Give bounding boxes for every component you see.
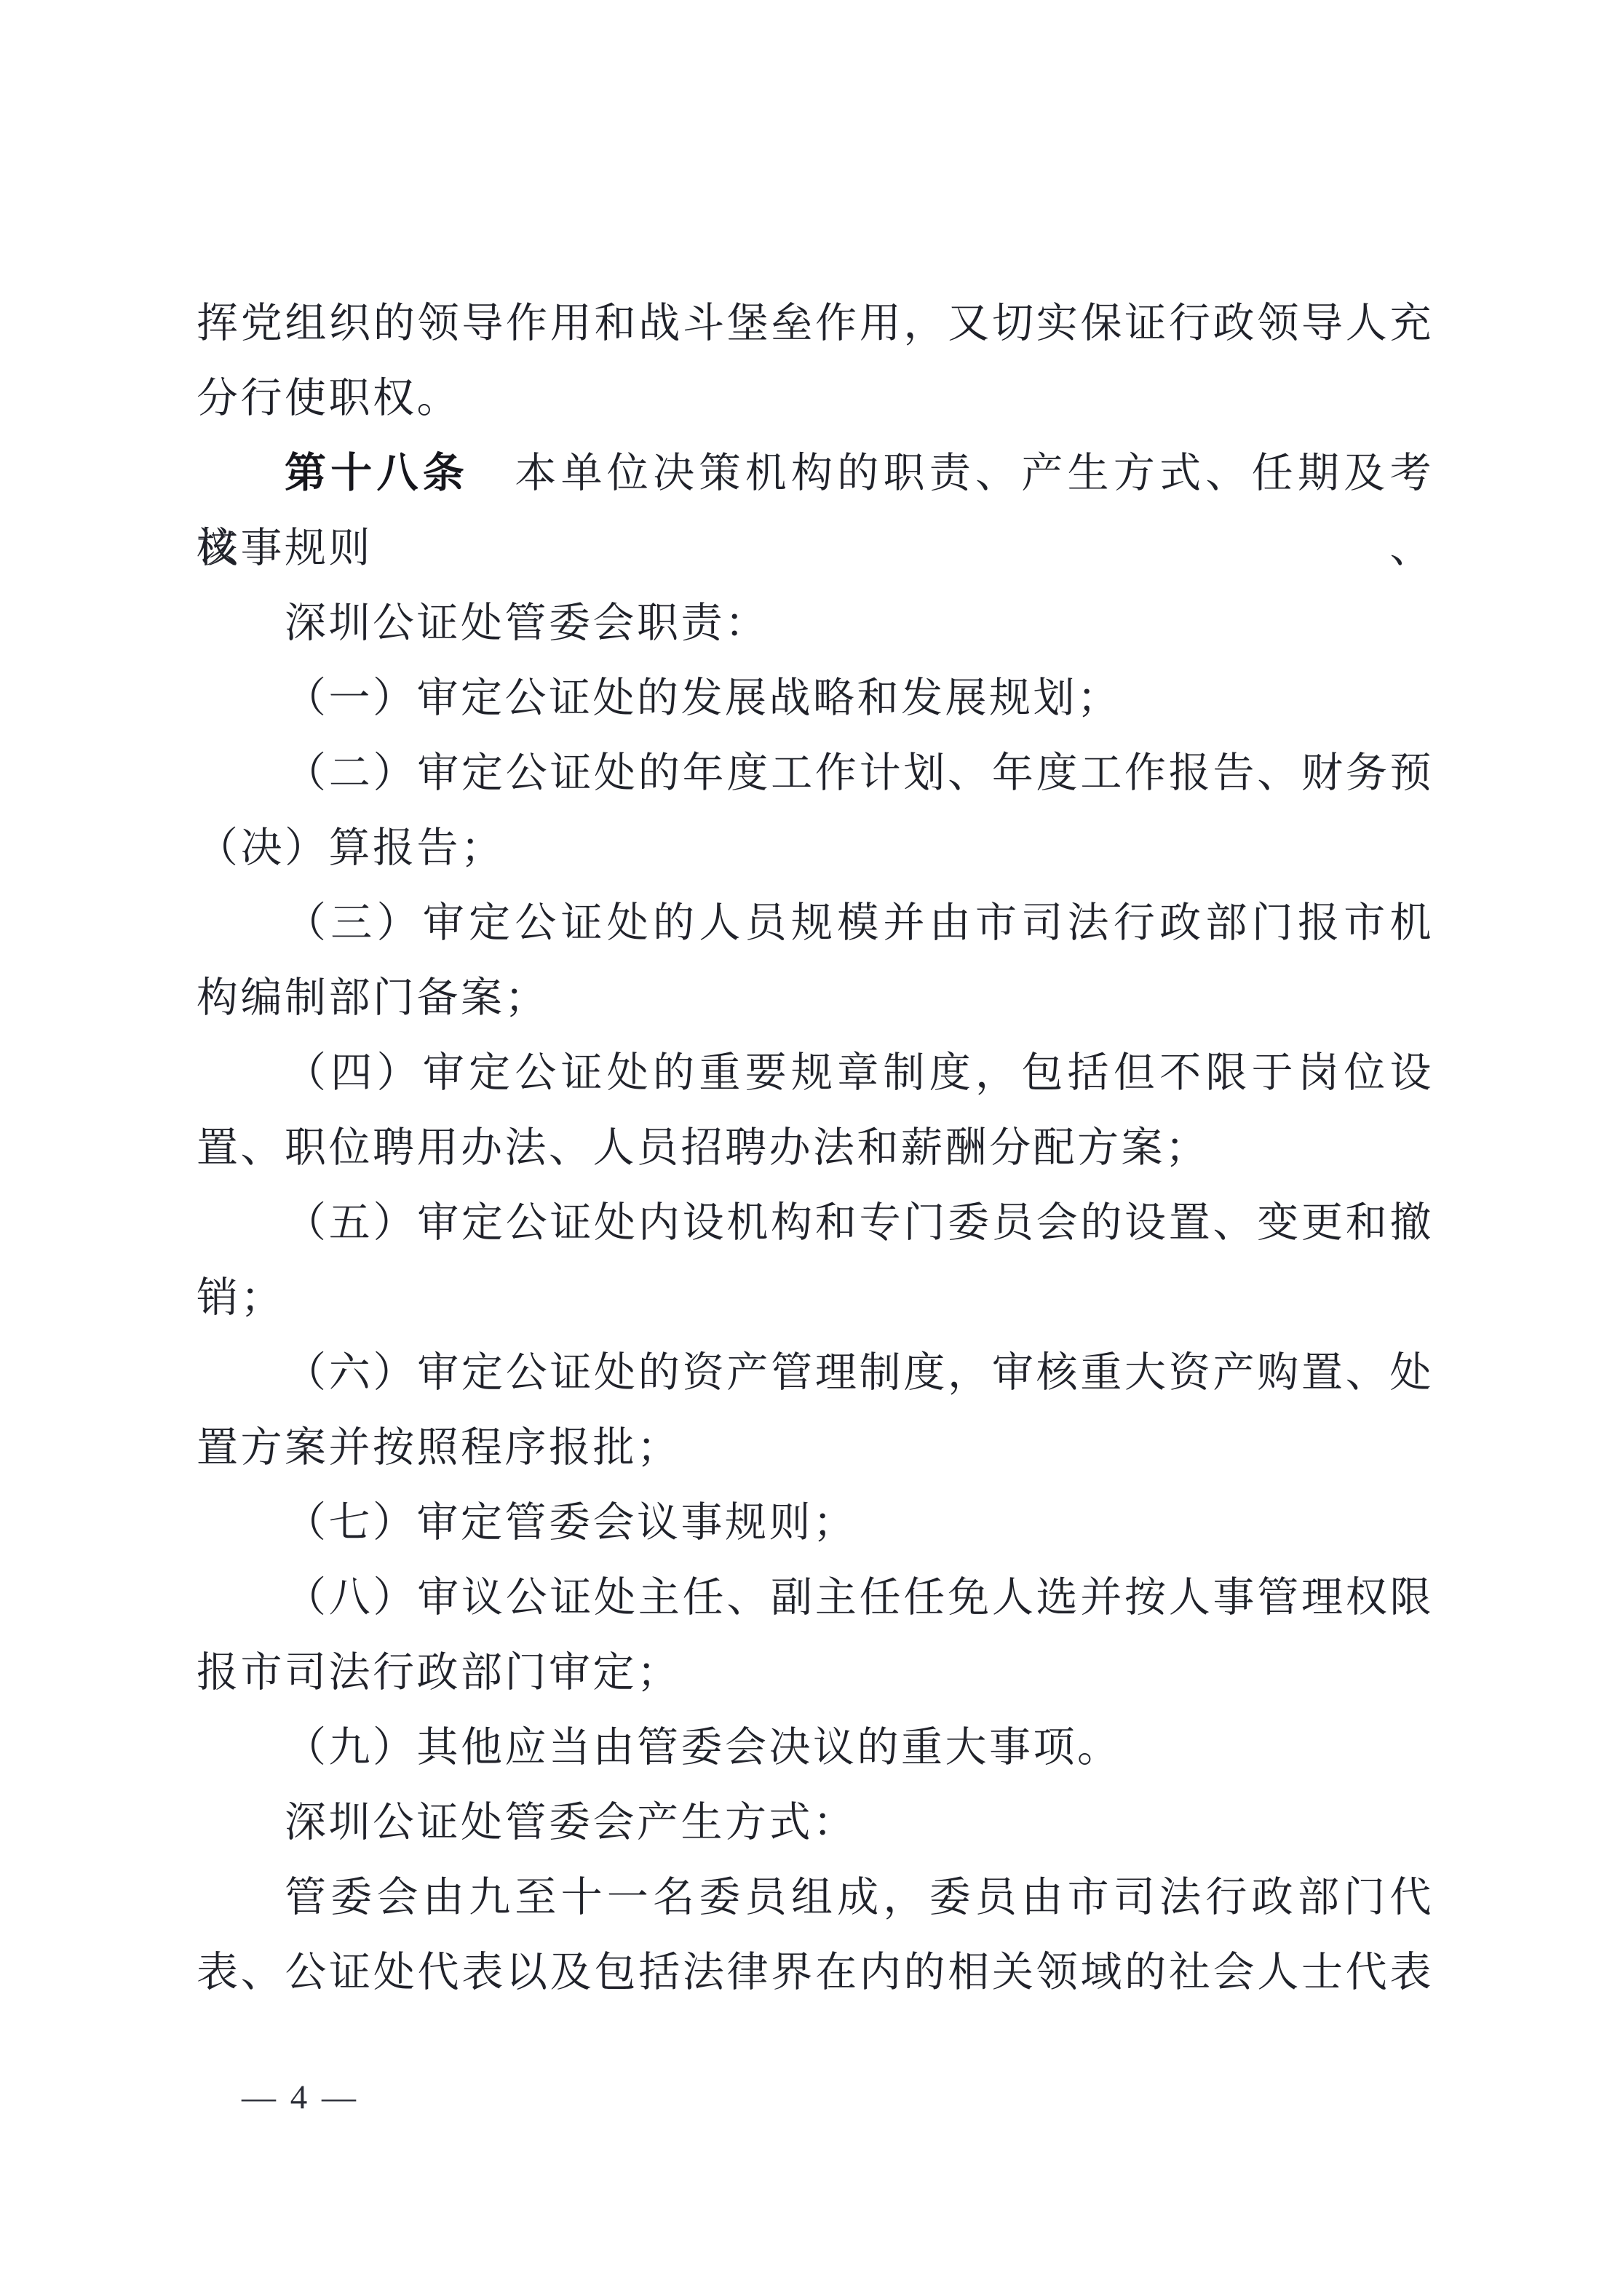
text-line-22: 管委会由九至十一名委员组成，委员由市司法行政部门代 bbox=[197, 1860, 1434, 1935]
article-number-heading: 第十八条 bbox=[285, 450, 469, 496]
text-line-16: 置方案并按照程序报批； bbox=[197, 1410, 1434, 1485]
text-line-20: （九）其他应当由管委会决议的重大事项。 bbox=[197, 1710, 1434, 1785]
text-line-5: 深圳公证处管委会职责： bbox=[197, 586, 1434, 661]
text-line-2: 分行使职权。 bbox=[197, 361, 1434, 436]
text-line-9: （三）审定公证处的人员规模并由市司法行政部门报市机 bbox=[197, 886, 1434, 961]
text-line-1: 挥党组织的领导作用和战斗堡垒作用，又切实保证行政领导人充 bbox=[197, 286, 1434, 361]
text-line-23: 表、公证处代表以及包括法律界在内的相关领域的社会人士代表 bbox=[197, 1935, 1434, 2010]
document-page: 挥党组织的领导作用和战斗堡垒作用，又切实保证行政领导人充 分行使职权。 第十八条… bbox=[0, 0, 1623, 2296]
text-line-8: （决）算报告； bbox=[197, 811, 1434, 886]
text-line-7: （二）审定公证处的年度工作计划、年度工作报告、财务预 bbox=[197, 736, 1434, 811]
text-line-18: （八）审议公证处主任、副主任任免人选并按人事管理权限 bbox=[197, 1560, 1434, 1635]
page-number: — 4 — bbox=[242, 2075, 359, 2119]
text-line-19: 报市司法行政部门审定； bbox=[197, 1635, 1434, 1710]
document-body: 挥党组织的领导作用和战斗堡垒作用，又切实保证行政领导人充 分行使职权。 第十八条… bbox=[197, 286, 1434, 2010]
text-line-13: （五）审定公证处内设机构和专门委员会的设置、变更和撤 bbox=[197, 1185, 1434, 1260]
text-line-12: 置、职位聘用办法、人员招聘办法和薪酬分配方案； bbox=[197, 1111, 1434, 1185]
text-line-17: （七）审定管委会议事规则； bbox=[197, 1485, 1434, 1560]
text-line-3: 第十八条 本单位决策机构的职责、产生方式、任期及考核、 bbox=[197, 436, 1434, 511]
text-line-6: （一）审定公证处的发展战略和发展规划； bbox=[197, 661, 1434, 736]
text-line-14: 销； bbox=[197, 1260, 1434, 1335]
text-line-15: （六）审定公证处的资产管理制度，审核重大资产购置、处 bbox=[197, 1335, 1434, 1410]
text-line-21: 深圳公证处管委会产生方式： bbox=[197, 1785, 1434, 1860]
text-line-10: 构编制部门备案； bbox=[197, 961, 1434, 1036]
text-line-11: （四）审定公证处的重要规章制度，包括但不限于岗位设 bbox=[197, 1036, 1434, 1111]
